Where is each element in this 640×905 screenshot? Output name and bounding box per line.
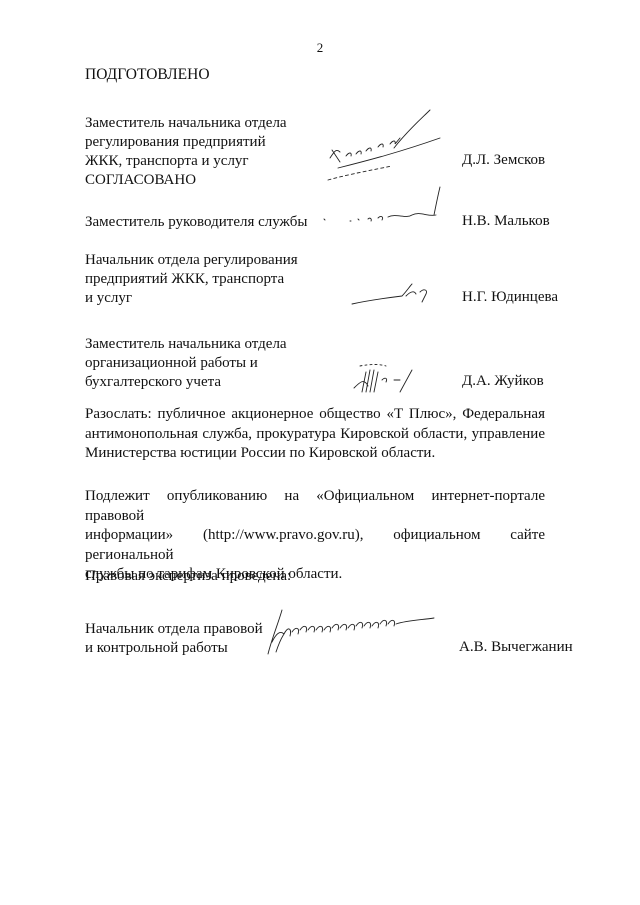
signature-malkov [320, 185, 450, 235]
prepared-heading: ПОДГОТОВЛЕНО [85, 66, 210, 84]
signatory-1-name: Д.Л. Земсков [462, 152, 545, 169]
signatory-3-position: Начальник отдела регулирования предприят… [85, 251, 298, 308]
signature-zhuikov [350, 358, 450, 398]
signatory-2-position: Заместитель руководителя службы [85, 213, 307, 232]
legal-review-position: Начальник отдела правовой и контрольной … [85, 620, 263, 658]
signatory-1-position: Заместитель начальника отдела регулирова… [85, 114, 287, 190]
distribution-paragraph: Разослать: публичное акционерное обществ… [85, 405, 545, 464]
legal-review-heading: Правовая экспертиза проведена: [85, 568, 291, 585]
signature-yudintseva [350, 278, 450, 318]
signatory-4-name: Д.А. Жуйков [462, 373, 544, 390]
signature-zemskov [320, 108, 450, 188]
signatory-4-position: Заместитель начальника отдела организаци… [85, 335, 287, 392]
legal-review-name: А.В. Вычегжанин [459, 639, 573, 656]
signatory-2-name: Н.В. Мальков [462, 213, 550, 230]
signatory-3-name: Н.Г. Юдинцева [462, 289, 558, 306]
signature-vychegzhanin [262, 608, 442, 658]
page-number: 2 [0, 40, 640, 56]
agreed-heading: СОГЛАСОВАНО [85, 171, 287, 190]
